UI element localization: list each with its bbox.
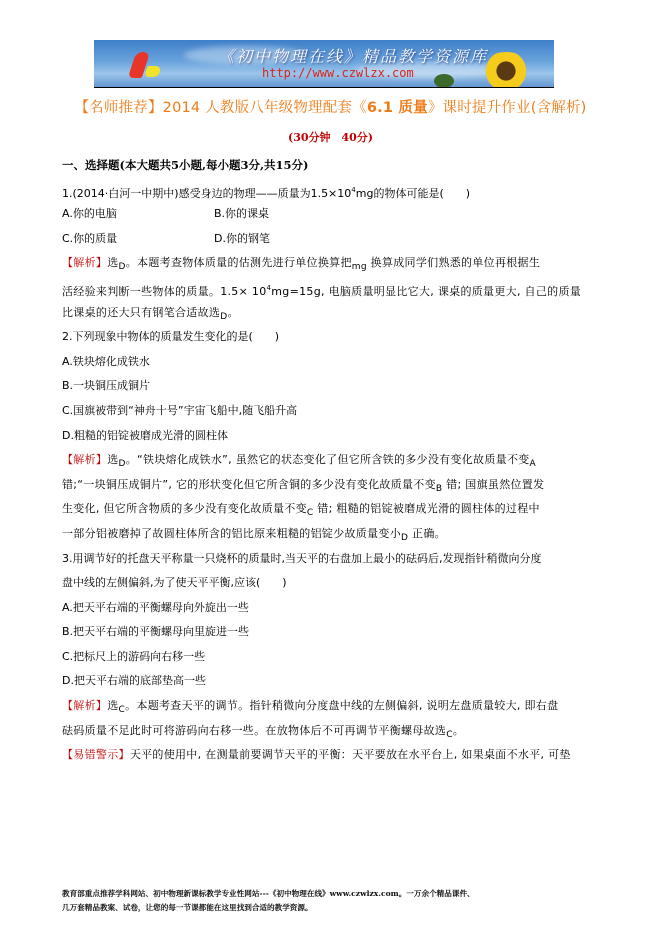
analysis-text: mg=15g, 电脑质量明显比它大, 课桌的质量更大, 自己的质量 xyxy=(271,285,581,298)
q2-option-b: B.一块铜压成铜片 xyxy=(62,374,618,399)
q3-option-c: C.把标尺上的游码向右移一些 xyxy=(62,645,618,670)
analysis-text: 生变化, 但它所含物质的多少没有变化故质量不变 xyxy=(62,502,307,515)
analysis-text: 。“铁块熔化成铁水”, 虽然它的状态变化了但它所含铁的多少没有变化故质量不变 xyxy=(126,453,530,466)
q3-warning: 【易错警示】天平的使用中, 在测量前要调节天平的平衡：天平要放在水平台上, 如果… xyxy=(62,743,618,768)
analysis-text: 错;“一块铜压成铜片”, 它的形状变化但它所含铜的多少没有变化故质量不变 xyxy=(62,478,436,491)
q1-analysis-line-2: 活经验来判断一些物体的质量。1.5× 104mg=15g, 电脑质量明显比它大,… xyxy=(62,276,618,301)
q3-option-d: D.把天平右端的底部垫高一些 xyxy=(62,669,618,694)
time-score-subtitle: (30分钟 40分) xyxy=(0,129,661,145)
footer-line-2: 几万套精品教案、试卷，让您的每一节课都能在这里找到合适的教学资源。 xyxy=(62,901,622,915)
analysis-text: 。 xyxy=(453,724,464,737)
q1-stem-text: 1.(2014·白河一中期中)感受身边的物理——质量为1.5×10 xyxy=(62,187,351,200)
unit-mg: mg xyxy=(352,262,367,272)
answer-letter: C xyxy=(446,730,453,740)
analysis-text: 选 xyxy=(107,453,118,466)
q3-analysis-line-1: 【解析】选C。本题考查天平的调节。指针稍微向分度盘中线的左侧偏斜, 说明左盘质量… xyxy=(62,694,618,719)
question-1-options-row-1: A.你的电脑 B.你的课桌 xyxy=(62,202,618,227)
answer-letter: D xyxy=(119,262,126,272)
q2-option-d: D.粗糙的铝锭被磨成光滑的圆柱体 xyxy=(62,424,618,449)
analysis-text: 选 xyxy=(107,699,118,712)
analysis-text: 。本题考查天平的调节。指针稍微向分度盘中线的左侧偏斜, 说明左盘质量较大, 即右… xyxy=(125,699,558,712)
analysis-text: 。 xyxy=(227,306,238,319)
q1-option-a: A.你的电脑 xyxy=(62,202,214,227)
question-2-stem: 2.下列现象中物体的质量发生变化的是( ) xyxy=(62,325,618,350)
warning-text: 天平的使用中, 在测量前要调节天平的平衡：天平要放在水平台上, 如果桌面不水平,… xyxy=(130,748,571,761)
footer-line-1: 教育部重点推荐学科网站、初中物理新课标教学专业性网站---《初中物理在线》www… xyxy=(62,887,622,901)
site-banner: 《初中物理在线》精品教学资源库 http://www.czwlzx.com xyxy=(94,40,554,88)
option-letter: A xyxy=(530,459,536,469)
analysis-tag: 【解析】 xyxy=(62,453,107,466)
banner-title: 《初中物理在线》精品教学资源库 xyxy=(218,44,488,67)
title-topic: 6.1 质量 xyxy=(367,100,428,116)
q3-option-b: B.把天平右端的平衡螺母向里旋进一些 xyxy=(62,620,618,645)
q1-option-d: D.你的钢笔 xyxy=(214,227,366,252)
document-body: 一、选择题(本大题共5小题,每小题3分,共15分) 1.(2014·白河一中期中… xyxy=(62,153,618,768)
question-3-stem-line-1: 3.用调节好的托盘天平称量一只烧杯的质量时,当天平的右盘加上最小的砝码后,发现指… xyxy=(62,547,618,572)
q1-analysis-line-3: 比课桌的还大只有钢笔合适故选D。 xyxy=(62,301,618,326)
section-heading: 一、选择题(本大题共5小题,每小题3分,共15分) xyxy=(62,153,618,178)
analysis-text: 错; 粗糙的铝锭被磨成光滑的圆柱体的过程中 xyxy=(314,502,540,515)
title-prefix: 【名师推荐】2014 人教版八年级物理配套《 xyxy=(74,100,366,116)
question-1-stem: 1.(2014·白河一中期中)感受身边的物理——质量为1.5×104mg的物体可… xyxy=(62,178,618,203)
q3-analysis-line-2: 砝码质量不足此时可将游码向右移一些。在放物体后不可再调节平衡螺母故选C。 xyxy=(62,719,618,744)
analysis-text: 砝码质量不足此时可将游码向右移一些。在放物体后不可再调节平衡螺母故选 xyxy=(62,724,446,737)
q1-option-b: B.你的课桌 xyxy=(214,202,366,227)
analysis-text: 换算成同学们熟悉的单位再根据生 xyxy=(367,256,540,269)
option-letter: C xyxy=(307,508,314,518)
warning-tag: 【易错警示】 xyxy=(62,748,130,761)
question-3-stem-line-2: 盘中线的左侧偏斜,为了使天平平衡,应该( ) xyxy=(62,571,618,596)
analysis-tag: 【解析】 xyxy=(62,256,107,269)
analysis-text: 错; 国旗虽然位置发 xyxy=(442,478,544,491)
page-footer: 教育部重点推荐学科网站、初中物理新课标教学专业性网站---《初中物理在线》www… xyxy=(62,887,622,915)
q2-analysis-line-1: 【解析】选D。“铁块熔化成铁水”, 虽然它的状态变化了但它所含铁的多少没有变化故… xyxy=(62,448,618,473)
q1-stem-text-end: mg的物体可能是( ) xyxy=(356,187,470,200)
q2-analysis-line-2: 错;“一块铜压成铜片”, 它的形状变化但它所含铜的多少没有变化故质量不变B 错;… xyxy=(62,473,618,498)
q2-option-a: A.铁块熔化成铁水 xyxy=(62,350,618,375)
q3-option-a: A.把天平右端的平衡螺母向外旋出一些 xyxy=(62,596,618,621)
analysis-text: 选 xyxy=(107,256,118,269)
q2-analysis-line-3: 生变化, 但它所含物质的多少没有变化故质量不变C 错; 粗糙的铝锭被磨成光滑的圆… xyxy=(62,497,618,522)
analysis-text: 活经验来判断一些物体的质量。1.5× 10 xyxy=(62,285,267,298)
analysis-text: 一部分铝被磨掉了故圆柱体所含的铝比原来粗糙的铝锭少故质量变小 xyxy=(62,527,401,540)
q1-analysis-line-1: 【解析】选D。本题考查物体质量的估测先进行单位换算把mg 换算成同学们熟悉的单位… xyxy=(62,251,618,276)
logo-icon-accent xyxy=(144,66,162,77)
banner-divider xyxy=(94,87,554,88)
analysis-tag: 【解析】 xyxy=(62,699,107,712)
q2-option-c: C.国旗被带到“神舟十号”宇宙飞船中,随飞船升高 xyxy=(62,399,618,424)
analysis-text: 比课桌的还大只有钢笔合适故选 xyxy=(62,306,220,319)
leaf-decoration xyxy=(434,74,454,88)
sunflower-icon xyxy=(479,52,533,88)
question-1-options-row-2: C.你的质量 D.你的钢笔 xyxy=(62,227,618,252)
analysis-text: 正确。 xyxy=(408,527,446,540)
document-title: 【名师推荐】2014 人教版八年级物理配套《6.1 质量》课时提升作业(含解析) xyxy=(0,96,661,117)
title-suffix: 》课时提升作业(含解析) xyxy=(428,100,587,116)
banner-url[interactable]: http://www.czwlzx.com xyxy=(262,66,414,80)
answer-letter: D xyxy=(119,459,126,469)
q1-option-c: C.你的质量 xyxy=(62,227,214,252)
analysis-text: 。本题考查物体质量的估测先进行单位换算把 xyxy=(126,256,352,269)
q2-analysis-line-4: 一部分铝被磨掉了故圆柱体所含的铝比原来粗糙的铝锭少故质量变小D 正确。 xyxy=(62,522,618,547)
